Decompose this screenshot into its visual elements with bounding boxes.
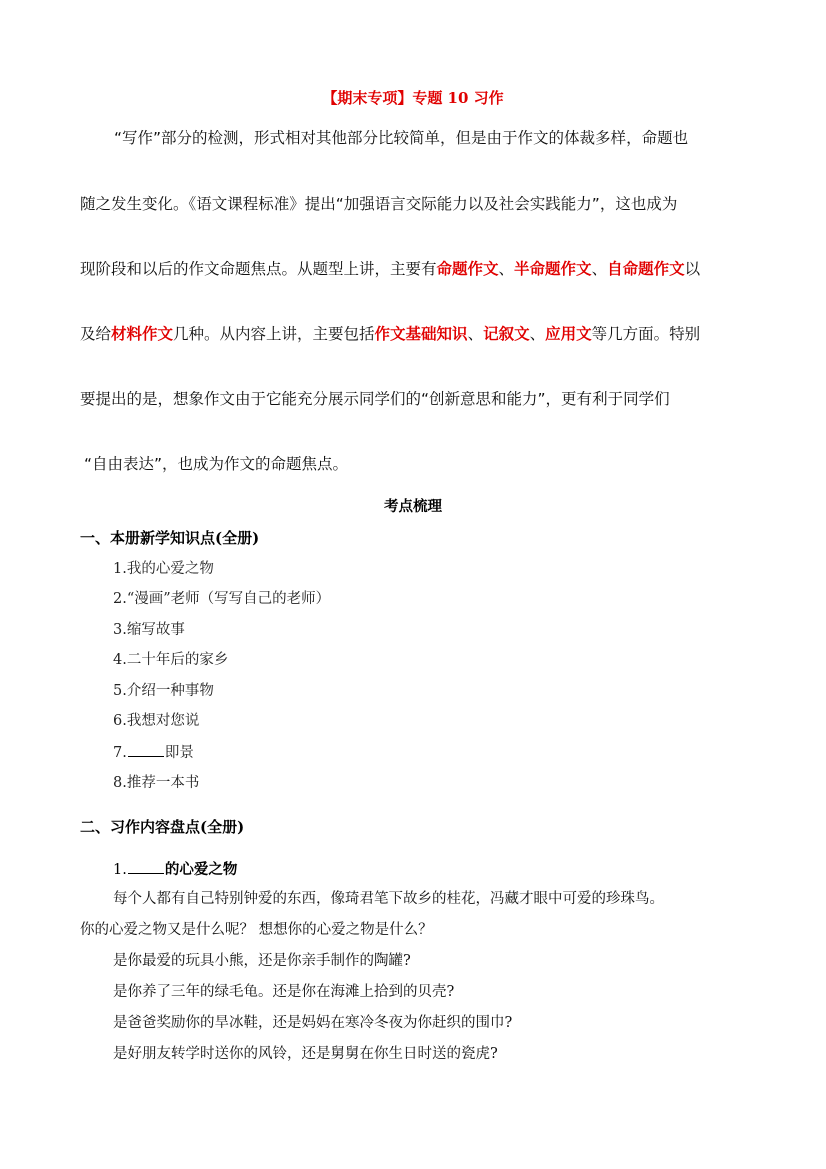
list-item: 6.我想对您说 <box>113 711 199 731</box>
intro-text: 及给 <box>80 325 111 343</box>
separator: 、 <box>499 260 515 278</box>
question-line: 是你养了三年的绿毛龟。还是你在海滩上拾到的贝壳? <box>113 982 454 1002</box>
highlight-keyword: 自命题作文 <box>607 260 685 278</box>
subheading-title: 的心爱之物 <box>165 861 238 878</box>
list-item: 8.推荐一本书 <box>113 773 199 793</box>
part2-heading: 二、习作内容盘点(全册) <box>80 817 244 837</box>
item-text: 即景 <box>165 745 194 761</box>
list-item: 1.我的心爱之物 <box>113 559 214 579</box>
list-item: 2.“漫画”老师（写写自己的老师） <box>113 589 330 609</box>
highlight-keyword: 材料作文 <box>111 325 173 343</box>
part2-subheading: 1.的心爱之物 <box>113 859 237 880</box>
question-line: 是好朋友转学时送你的风铃，还是舅舅在你生日时送的瓷虎? <box>113 1044 498 1064</box>
intro-line-5: 要提出的是，想象作文由于它能充分展示同学们的“创新意思和能力”，更有利于同学们 <box>80 389 750 409</box>
item-number: 1. <box>113 862 127 878</box>
paragraph-line-2: 你的心爱之物又是什么呢？ 想想你的心爱之物是什么？ <box>80 920 433 940</box>
intro-text: 现阶段和以后的作文命题焦点。从题型上讲，主要有 <box>80 260 437 278</box>
document-title: 【期末专项】专题 10 习作 <box>0 88 826 108</box>
intro-line-1: “写作”部分的检测，形式相对其他部分比较简单，但是由于作文的体裁多样，命题也 <box>114 128 784 148</box>
question-line: 是你最爱的玩具小熊，还是你亲手制作的陶罐? <box>113 951 411 971</box>
separator: 、 <box>592 260 608 278</box>
question-line: 是爸爸奖励你的旱冰鞋，还是妈妈在寒冷冬夜为你赶织的围巾? <box>113 1013 512 1033</box>
part1-heading: 一、本册新学知识点(全册) <box>80 528 259 548</box>
document-page: 【期末专项】专题 10 习作 “写作”部分的检测，形式相对其他部分比较简单，但是… <box>0 0 826 1169</box>
highlight-keyword: 半命题作文 <box>514 260 592 278</box>
section-title: 考点梳理 <box>0 497 826 517</box>
intro-text: 以 <box>685 260 701 278</box>
intro-line-4: 及给材料作文几种。从内容上讲，主要包括作文基础知识、记叙文、应用文等几方面。特别 <box>80 324 750 344</box>
fill-blank <box>128 859 164 874</box>
paragraph-line-1: 每个人都有自己特别钟爱的东西，像琦君笔下故乡的桂花，冯藏才眼中可爱的珍珠鸟。 <box>113 889 664 909</box>
intro-text: 几种。从内容上讲，主要包括 <box>173 325 375 343</box>
intro-text: 等几方面。特别 <box>592 325 701 343</box>
intro-line-6: “自由表达”，也成为作文的命题焦点。 <box>84 454 754 474</box>
separator: 、 <box>530 325 546 343</box>
list-item: 5.介绍一种事物 <box>113 681 214 701</box>
list-item: 7.即景 <box>113 742 194 763</box>
list-item: 3.缩写故事 <box>113 620 185 640</box>
separator: 、 <box>468 325 484 343</box>
intro-line-2: 随之发生变化。《语文课程标准》提出“加强语言交际能力以及社会实践能力”，这也成为 <box>80 194 750 214</box>
highlight-keyword: 命题作文 <box>437 260 499 278</box>
fill-blank <box>128 742 164 757</box>
list-item: 4.二十年后的家乡 <box>113 650 228 670</box>
highlight-keyword: 应用文 <box>545 325 592 343</box>
highlight-keyword: 作文基础知识 <box>375 325 468 343</box>
highlight-keyword: 记叙文 <box>483 325 530 343</box>
intro-line-3: 现阶段和以后的作文命题焦点。从题型上讲，主要有命题作文、半命题作文、自命题作文以 <box>80 259 750 279</box>
item-number: 7. <box>113 745 127 761</box>
